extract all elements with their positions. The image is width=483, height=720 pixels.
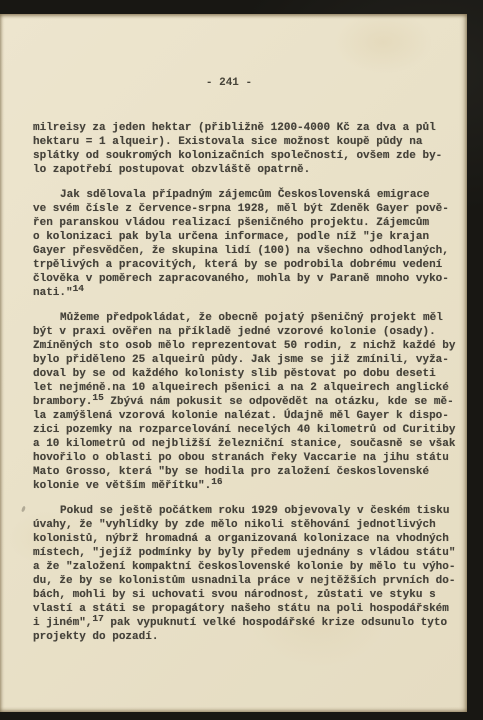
scanner-background: { "scan": { "background_color": "#181713…: [0, 0, 483, 720]
footnote-ref: 15: [92, 392, 103, 403]
document-page: - 241 - milreisy za jeden hektar (přibli…: [0, 14, 467, 712]
footnote-ref: 16: [211, 476, 222, 487]
footnote-ref: 17: [92, 613, 103, 624]
paragraph: Pokud se ještě počátkem roku 1929 objevo…: [33, 504, 461, 644]
page-number: - 241 -: [33, 76, 425, 90]
document-body: milreisy za jeden hektar (přibližně 1200…: [33, 121, 461, 655]
scan-smudge: [21, 506, 26, 513]
footnote-ref: 14: [73, 283, 84, 294]
paragraph: Můžeme předpokládat, že obecně pojatý pš…: [33, 311, 461, 493]
paragraph: Jak sdělovala případným zájemcům Českosl…: [33, 188, 461, 300]
paragraph: milreisy za jeden hektar (přibližně 1200…: [33, 121, 461, 177]
